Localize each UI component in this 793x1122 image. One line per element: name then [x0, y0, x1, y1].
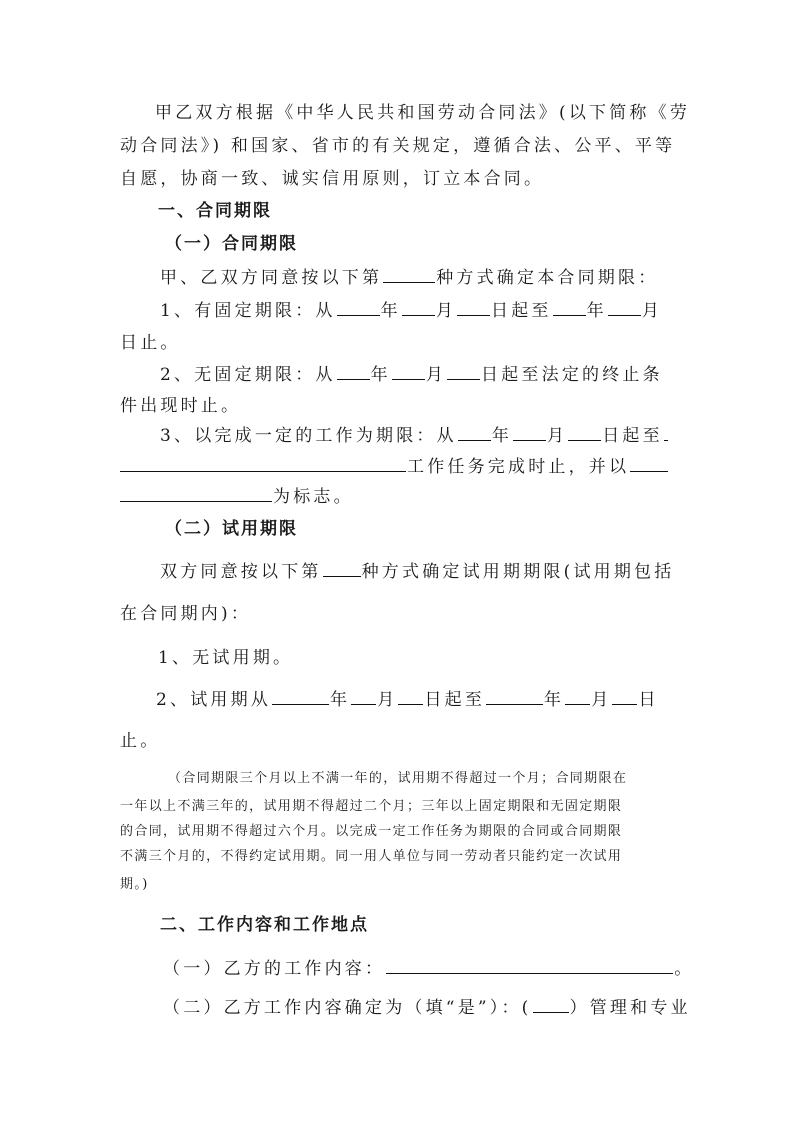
work-type-option: ）管理和专业	[570, 998, 691, 1018]
probation-intro-text: 双方同意按以下第	[160, 562, 322, 582]
term-option-3: 3、以完成一定的工作为期限：从年月日起至	[160, 421, 669, 446]
probation-start-year-blank[interactable]	[272, 687, 329, 705]
task-marker-blank[interactable]	[630, 454, 668, 472]
month-label: 月	[436, 301, 456, 321]
day-from-label: 日起至	[491, 301, 552, 321]
probation-note-line-1: （合同期限三个月以上不满一年的，试用期不得超过一个月；合同期限在	[168, 767, 627, 786]
probation-method-blank[interactable]	[323, 559, 361, 577]
preamble-line-2: 动合同法》) 和国家、省市的有关规定，遵循合法、公平、平等	[120, 131, 675, 156]
day-label: 日	[638, 690, 658, 710]
year-label: 年	[330, 690, 350, 710]
probation-intro-text-2: 种方式确定试用期期限(试用期包括	[362, 562, 675, 582]
open-start-year-blank[interactable]	[337, 362, 370, 380]
term-method-blank[interactable]	[383, 265, 435, 283]
section-2-title: 二、工作内容和工作地点	[160, 910, 369, 935]
option-2-label: 2、无固定期限：从	[160, 365, 336, 385]
work-content-blank[interactable]	[386, 956, 673, 974]
month-label: 月	[642, 301, 662, 321]
fixed-end-month-blank[interactable]	[608, 298, 641, 316]
fixed-start-month-blank[interactable]	[402, 298, 435, 316]
preamble-line-3: 自愿，协商一致、诚实信用原则，订立本合同。	[120, 164, 544, 189]
option-3-text: 工作任务完成时止，并以	[407, 457, 629, 477]
day-from-label: 日起至	[602, 426, 663, 446]
probation-note-line-4: 不满三个月的，不得约定试用期。同一用人单位与同一劳动者只能约定一次试用	[120, 845, 622, 864]
term-option-2: 2、无固定期限：从年月日起至法定的终止条	[160, 360, 663, 385]
work-content-item-1: （一）乙方的工作内容：。	[163, 954, 694, 979]
probation-note-line-3: 的合同，试用期不得超过六个月。以完成一定工作任务为期限的合同或合同期限	[120, 820, 622, 839]
probation-end-day-blank[interactable]	[612, 687, 637, 705]
option-2-text: 日起至法定的终止条	[481, 365, 663, 385]
option-3-end: 为标志。	[273, 487, 354, 507]
open-start-day-blank[interactable]	[447, 362, 480, 380]
term-option-2-end: 件出现时止。	[120, 391, 241, 416]
term-option-3-line-2: 工作任务完成时止，并以	[120, 452, 669, 477]
fixed-start-year-blank[interactable]	[337, 298, 380, 316]
probation-option-2-end: 止。	[120, 726, 160, 751]
month-label: 月	[547, 426, 567, 446]
term-intro-text-2: 种方式确定本合同期限：	[436, 268, 658, 288]
task-start-day-blank[interactable]	[568, 423, 601, 441]
year-label: 年	[492, 426, 512, 446]
fixed-end-year-blank[interactable]	[553, 298, 586, 316]
period: 。	[674, 959, 694, 979]
task-start-month-blank[interactable]	[513, 423, 546, 441]
probation-option-2-label: 2、试用期从	[156, 690, 271, 710]
month-label: 月	[426, 365, 446, 385]
subsection-1-1-title: （一）合同期限	[165, 229, 298, 254]
year-label: 年	[587, 301, 607, 321]
month-label: 月	[591, 690, 611, 710]
open-start-month-blank[interactable]	[392, 362, 425, 380]
term-option-1-end: 日止。	[120, 328, 181, 353]
probation-intro-end: 在合同期内)：	[120, 599, 251, 624]
probation-option-1: 1、无试用期。	[158, 643, 293, 668]
task-marker-blank-cont[interactable]	[120, 484, 272, 502]
probation-option-2: 2、试用期从年月日起至年月日	[156, 685, 659, 710]
day-from-label: 日起至	[424, 690, 485, 710]
task-description-blank[interactable]	[120, 454, 406, 472]
task-start-year-blank[interactable]	[458, 423, 491, 441]
preamble-line-1: 甲乙双方根据《中华人民共和国劳动合同法》(以下简称《劳	[155, 98, 690, 123]
work-content-item-2: （二）乙方工作内容确定为（填“是”）：(）管理和专业	[163, 993, 691, 1018]
probation-end-year-blank[interactable]	[486, 687, 543, 705]
year-label: 年	[371, 365, 391, 385]
section-1-title: 一、合同期限	[158, 196, 272, 221]
probation-note-line-2: 一年以上不满三年的，试用期不得超过二个月；三年以上固定期限和无固定期限	[120, 795, 622, 814]
probation-start-day-blank[interactable]	[398, 687, 423, 705]
probation-intro: 双方同意按以下第种方式确定试用期期限(试用期包括	[160, 557, 674, 582]
work-content-label: （一）乙方的工作内容：	[163, 959, 385, 979]
probation-start-month-blank[interactable]	[351, 687, 376, 705]
task-blank-start[interactable]	[664, 423, 668, 441]
year-label: 年	[544, 690, 564, 710]
term-option-3-line-3: 为标志。	[120, 482, 354, 507]
probation-end-month-blank[interactable]	[565, 687, 590, 705]
subsection-1-2-title: （二）试用期限	[165, 514, 298, 539]
probation-note-line-5: 期。)	[120, 873, 149, 892]
work-type-label: （二）乙方工作内容确定为（填“是”）：(	[163, 998, 532, 1018]
management-yes-blank[interactable]	[533, 995, 569, 1013]
term-intro-text: 甲、乙双方同意按以下第	[160, 268, 382, 288]
term-intro: 甲、乙双方同意按以下第种方式确定本合同期限：	[160, 263, 658, 288]
term-option-1: 1、有固定期限：从年月日起至年月	[160, 296, 662, 321]
option-3-label: 3、以完成一定的工作为期限：从	[160, 426, 457, 446]
year-label: 年	[381, 301, 401, 321]
month-label: 月	[377, 690, 397, 710]
option-1-label: 1、有固定期限：从	[160, 301, 336, 321]
fixed-start-day-blank[interactable]	[457, 298, 490, 316]
